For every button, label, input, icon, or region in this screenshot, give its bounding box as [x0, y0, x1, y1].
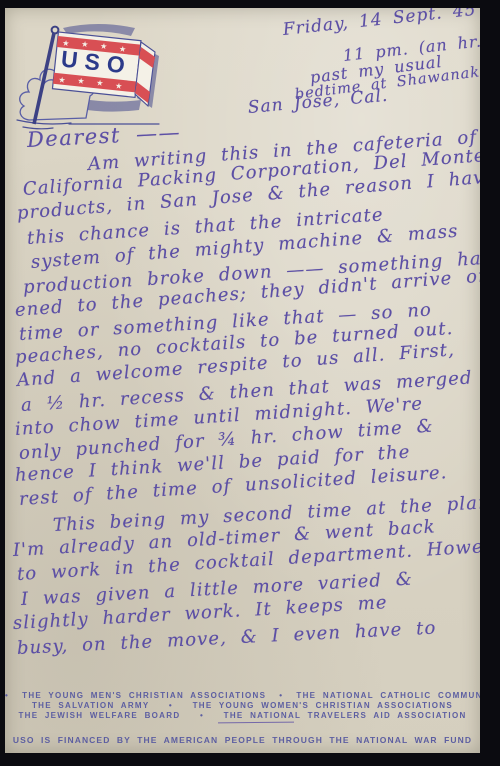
- pole-finial: [52, 27, 59, 34]
- flag: ★★★★ ★★★★ USO: [52, 32, 141, 97]
- svg-text:★: ★: [58, 75, 66, 85]
- member-orgs-line: THE JEWISH WELFARE BOARD • THE NATIONAL …: [5, 711, 480, 720]
- uso-flag-logo: ★★★★ ★★★★ USO: [13, 20, 171, 132]
- member-orgs-line: THE SALVATION ARMY • THE YOUNG WOMEN'S C…: [5, 701, 480, 710]
- svg-text:★: ★: [77, 76, 85, 86]
- ink-underline-mark: [218, 722, 294, 724]
- war-fund-line: USO IS FINANCED BY THE AMERICAN PEOPLE T…: [5, 735, 480, 745]
- svg-text:★: ★: [96, 78, 104, 88]
- member-orgs-line: • THE YOUNG MEN'S CHRISTIAN ASSOCIATIONS…: [5, 691, 480, 700]
- svg-text:★: ★: [115, 81, 123, 91]
- letter-paper: ★★★★ ★★★★ USO Friday, 14 Sept. 45 11 pm.…: [5, 8, 480, 753]
